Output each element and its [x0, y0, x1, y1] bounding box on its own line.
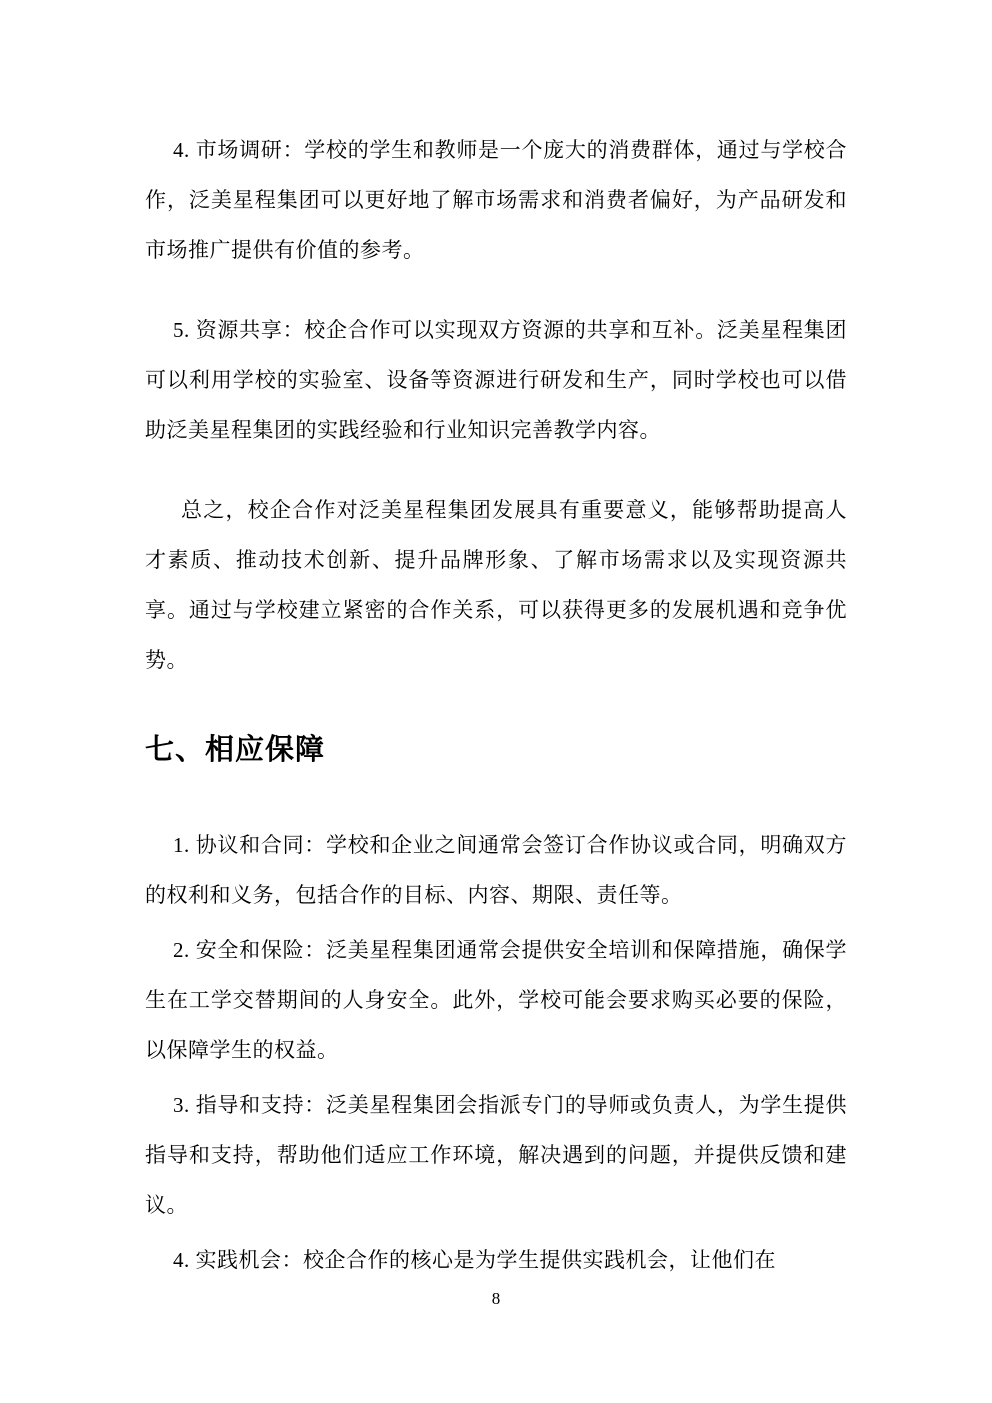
paragraph-safety-insurance: 2. 安全和保险：泛美星程集团通常会提供安全培训和保障措施，确保学生在工学交替期…	[145, 925, 847, 1075]
paragraph-resource-sharing: 5. 资源共享：校企合作可以实现双方资源的共享和互补。泛美星程集团可以利用学校的…	[145, 305, 847, 455]
document-page: 4. 市场调研：学校的学生和教师是一个庞大的消费群体，通过与学校合作，泛美星程集…	[0, 0, 992, 1403]
paragraph-summary: 总之，校企合作对泛美星程集团发展具有重要意义，能够帮助提高人才素质、推动技术创新…	[145, 485, 847, 685]
paragraph-practice-opportunities: 4. 实践机会：校企合作的核心是为学生提供实践机会，让他们在	[145, 1235, 847, 1285]
paragraph-market-research: 4. 市场调研：学校的学生和教师是一个庞大的消费群体，通过与学校合作，泛美星程集…	[145, 125, 847, 275]
benefits-section: 4. 市场调研：学校的学生和教师是一个庞大的消费群体，通过与学校合作，泛美星程集…	[145, 125, 847, 685]
paragraph-guidance-support: 3. 指导和支持：泛美星程集团会指派专门的导师或负责人，为学生提供指导和支持，帮…	[145, 1080, 847, 1230]
page-footer: 8	[0, 1288, 992, 1310]
document-body: 4. 市场调研：学校的学生和教师是一个庞大的消费群体，通过与学校合作，泛美星程集…	[145, 0, 847, 1285]
paragraph-agreements-contracts: 1. 协议和合同：学校和企业之间通常会签订合作协议或合同，明确双方的权利和义务，…	[145, 820, 847, 920]
section-heading-safeguards: 七、相应保障	[145, 725, 847, 775]
safeguards-section: 1. 协议和合同：学校和企业之间通常会签订合作协议或合同，明确双方的权利和义务，…	[145, 820, 847, 1285]
page-number: 8	[492, 1289, 501, 1308]
